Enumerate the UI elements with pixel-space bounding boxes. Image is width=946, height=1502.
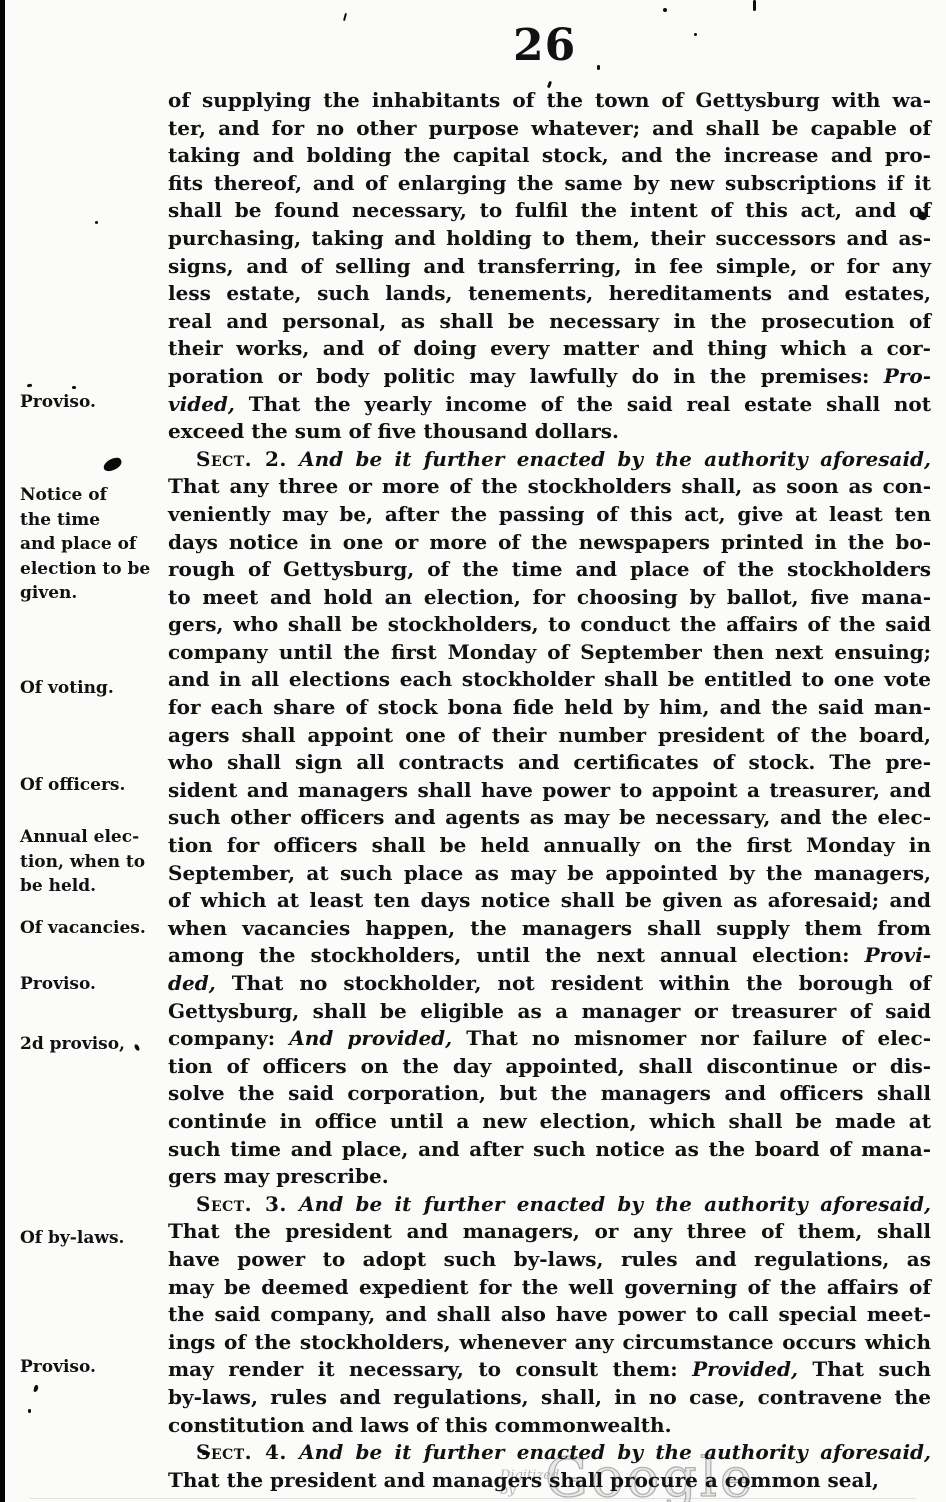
text: signs, and of selling and transferring, … (168, 254, 931, 278)
margin-note: 2d proviso, (20, 1032, 170, 1057)
body-line: such other officers and agents as may be… (168, 804, 931, 832)
body-line: That the president and managers shall pr… (168, 1467, 931, 1495)
text: That no stockholder, not resident within… (216, 971, 931, 995)
text: That such (798, 1357, 931, 1381)
body-line: purchasing, taking and holding to them, … (168, 225, 931, 253)
body-line: shall be found necessary, to fulfil the … (168, 197, 931, 225)
scan-speck (694, 33, 697, 36)
italic-text: vided, (168, 392, 235, 416)
page-number: 26 (513, 20, 576, 71)
body-line: less estate, such lands, tenements, here… (168, 280, 931, 308)
text: tion for officers shall be held annually… (168, 833, 931, 857)
body-line: ter, and for no other purpose whatever; … (168, 115, 931, 143)
text: company until the first Monday of Septem… (168, 640, 931, 664)
italic-text: And provided, (289, 1026, 452, 1050)
body-line: may be deemed expedient for the well gov… (168, 1274, 931, 1302)
italic-text: And be it further enacted by the authori… (287, 1440, 931, 1464)
italic-text: Provi- (865, 943, 931, 967)
body-line: agers shall appoint one of their number … (168, 722, 931, 750)
body-line: exceed the sum of five thousand dollars. (168, 418, 931, 446)
text: That any three or more of the stockholde… (168, 474, 931, 498)
body-line: ded, That no stockholder, not resident w… (168, 970, 931, 998)
text: gers, who shall be stockholders, to cond… (168, 612, 931, 636)
text: That the yearly income of the said real … (235, 392, 931, 416)
body-line: company until the first Monday of Septem… (168, 639, 931, 667)
text: shall be found necessary, to fulfil the … (168, 198, 931, 222)
body-line: the said company, and shall also have po… (168, 1301, 931, 1329)
scan-speck (33, 1385, 38, 1393)
text: less estate, such lands, tenements, here… (168, 281, 931, 305)
body-line: may render it necessary, to consult them… (168, 1356, 931, 1384)
text: taking and bolding the capital stock, an… (168, 143, 931, 167)
text: ings of the stockholders, whenever any c… (168, 1330, 931, 1354)
text: September, at such place as may be appoi… (168, 861, 931, 885)
margin-note: Of officers. (20, 773, 170, 798)
body-line: vided, That the yearly income of the sai… (168, 391, 931, 419)
body-line: poration or body politic may lawfully do… (168, 363, 931, 391)
italic-text: Pro- (884, 364, 931, 388)
body-line: fits thereof, and of enlarging the same … (168, 170, 931, 198)
scan-speck (343, 13, 347, 21)
body-line: Sect. 2. And be it further enacted by th… (168, 446, 931, 474)
body-line: have power to adopt such by-laws, rules … (168, 1246, 931, 1274)
text: Gettysburg, shall be eligible as a manag… (168, 999, 931, 1023)
margin-note: Of by-laws. (20, 1226, 170, 1251)
text: for each share of stock bona fide held b… (168, 695, 931, 719)
margin-note: Proviso. (20, 1355, 170, 1380)
text: That the president and managers, or any … (168, 1219, 931, 1243)
text: company: (168, 1026, 289, 1050)
text: such other officers and agents as may be… (168, 805, 931, 829)
text: solve the said corporation, but the mana… (168, 1081, 931, 1105)
scan-speck (597, 65, 600, 70)
body-line: of supplying the inhabitants of the town… (168, 87, 931, 115)
body-line: to meet and hold an election, for choosi… (168, 584, 931, 612)
body-line: ings of the stockholders, whenever any c… (168, 1329, 931, 1357)
text: by-laws, rules and regulations, shall, i… (168, 1385, 931, 1409)
body-line: Gettysburg, shall be eligible as a manag… (168, 998, 931, 1026)
body-line: and in all elections each stockholder sh… (168, 666, 931, 694)
body-line: company: And provided, That no misnomer … (168, 1025, 931, 1053)
body-line: That any three or more of the stockholde… (168, 473, 931, 501)
scan-speck (202, 1452, 210, 1455)
body-line: days notice in one or more of the newspa… (168, 529, 931, 557)
text: have power to adopt such by-laws, rules … (168, 1247, 931, 1271)
text: who shall sign all contracts and certifi… (168, 750, 931, 774)
italic-text: ded, (168, 971, 216, 995)
body-line: real and personal, as shall be necessary… (168, 308, 931, 336)
text: purchasing, taking and holding to them, … (168, 226, 931, 250)
text: constitution and laws of this commonweal… (168, 1413, 672, 1437)
text: fits thereof, and of enlarging the same … (168, 171, 931, 195)
text: may render it necessary, to consult them… (168, 1357, 692, 1381)
body-line: their works, and of doing every matter a… (168, 335, 931, 363)
scan-speck (27, 384, 32, 388)
text: That no misnomer nor failure of elec- (452, 1026, 931, 1050)
body-line: September, at such place as may be appoi… (168, 860, 931, 888)
text: continue in office until a new election,… (168, 1109, 931, 1133)
body-line: veniently may be, after the passing of t… (168, 501, 931, 529)
body-line: Sect. 3. And be it further enacted by th… (168, 1191, 931, 1219)
scan-speck (663, 8, 667, 12)
body-line: when vacancies happen, the managers shal… (168, 915, 931, 943)
text: veniently may be, after the passing of t… (168, 502, 931, 526)
body-line: Sect. 4. And be it further enacted by th… (168, 1439, 931, 1467)
body-line: signs, and of selling and transferring, … (168, 253, 931, 281)
scan-speck (95, 221, 98, 224)
scanned-book-page: { "page": { "number": "26" }, "margin_no… (0, 0, 946, 1502)
section-label: Sect. 3. (196, 1192, 287, 1216)
body-line: sident and managers shall have power to … (168, 777, 931, 805)
text: among the stockholders, until the next a… (168, 943, 865, 967)
body-line: such time and place, and after such noti… (168, 1136, 931, 1164)
text: the said company, and shall also have po… (168, 1302, 931, 1326)
scan-speck (753, 0, 756, 11)
body-line: who shall sign all contracts and certifi… (168, 749, 931, 777)
body-line: among the stockholders, until the next a… (168, 942, 931, 970)
body-line: constitution and laws of this commonweal… (168, 1412, 931, 1440)
body-line: for each share of stock bona fide held b… (168, 694, 931, 722)
margin-note: Proviso. (20, 972, 170, 997)
text: of which at least ten days notice shall … (168, 888, 931, 912)
body-line: gers, who shall be stockholders, to cond… (168, 611, 931, 639)
text: their works, and of doing every matter a… (168, 336, 931, 360)
body-line: tion for officers shall be held annually… (168, 832, 931, 860)
margin-note: Annual elec- tion, when to be held. (20, 825, 170, 899)
text: to meet and hold an election, for choosi… (168, 585, 931, 609)
text: of supplying the inhabitants of the town… (168, 88, 931, 112)
body-line: taking and bolding the capital stock, an… (168, 142, 931, 170)
margin-note: Of voting. (20, 676, 170, 701)
text: agers shall appoint one of their number … (168, 723, 931, 747)
margin-note: Of vacancies. (20, 916, 170, 941)
italic-text: Provided, (692, 1357, 798, 1381)
text: when vacancies happen, the managers shal… (168, 916, 931, 940)
text: gers may prescribe. (168, 1164, 389, 1188)
body-line: That the president and managers, or any … (168, 1218, 931, 1246)
body-line: of which at least ten days notice shall … (168, 887, 931, 915)
margin-note: Notice of the time and place of election… (20, 483, 170, 606)
text: and in all elections each stockholder sh… (168, 667, 931, 691)
text: such time and place, and after such noti… (168, 1137, 931, 1161)
body-text: of supplying the inhabitants of the town… (168, 87, 931, 1494)
scan-edge-left (0, 0, 5, 1502)
text: rough of Gettysburg, of the time and pla… (168, 557, 931, 581)
italic-text: And be it further enacted by the authori… (287, 1192, 931, 1216)
text: That the president and managers shall pr… (168, 1468, 879, 1492)
body-line: continue in office until a new election,… (168, 1108, 931, 1136)
text: real and personal, as shall be necessary… (168, 309, 931, 333)
body-line: solve the said corporation, but the mana… (168, 1080, 931, 1108)
scan-edge-bottom (30, 1498, 916, 1499)
text: may be deemed expedient for the well gov… (168, 1275, 931, 1299)
italic-text: And be it further enacted by the authori… (287, 447, 931, 471)
text: exceed the sum of five thousand dollars. (168, 419, 619, 443)
body-line: gers may prescribe. (168, 1163, 931, 1191)
text: tion of officers on the day appointed, s… (168, 1054, 931, 1078)
body-line: by-laws, rules and regulations, shall, i… (168, 1384, 931, 1412)
body-line: tion of officers on the day appointed, s… (168, 1053, 931, 1081)
ink-blot (102, 456, 124, 473)
body-line: rough of Gettysburg, of the time and pla… (168, 556, 931, 584)
text: poration or body politic may lawfully do… (168, 364, 884, 388)
text: days notice in one or more of the newspa… (168, 530, 931, 554)
margin-note: Proviso. (20, 390, 170, 415)
scan-speck (72, 386, 76, 389)
text: sident and managers shall have power to … (168, 778, 931, 802)
scan-speck (28, 1409, 31, 1413)
section-label: Sect. 2. (196, 447, 287, 471)
text: ter, and for no other purpose whatever; … (168, 116, 931, 140)
